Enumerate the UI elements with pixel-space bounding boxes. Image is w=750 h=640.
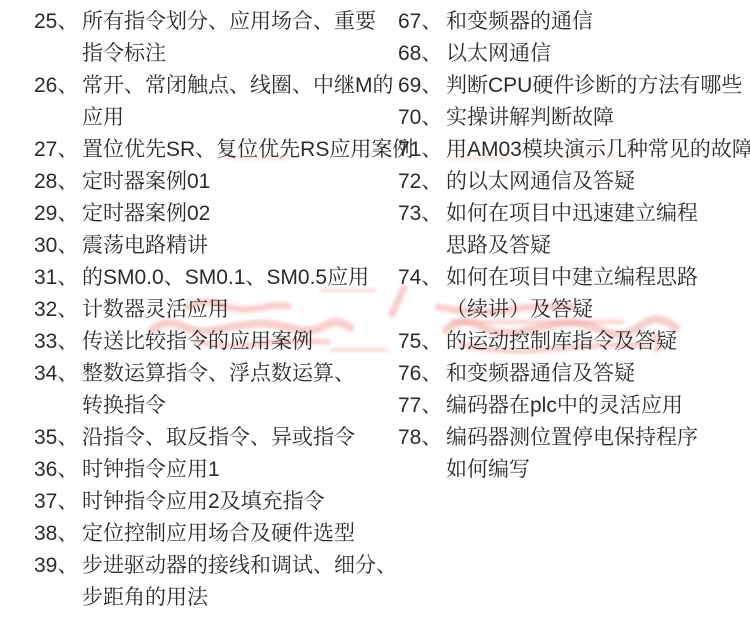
item-text: 震荡电路精讲 <box>82 230 392 262</box>
item-number: 73、 <box>398 198 446 230</box>
item-text: 计数器灵活应用 <box>82 294 392 326</box>
item-text-line: 判断CPU硬件诊断的方法有哪些 <box>446 70 748 102</box>
item-text-line: 和变频器通信及答疑 <box>446 358 748 390</box>
list-item: 78、编码器测位置停电保持程序如何编写 <box>398 422 748 486</box>
list-item: 68、以太网通信 <box>398 38 748 70</box>
item-number: 71、 <box>398 134 446 166</box>
item-text-line: 定时器案例01 <box>82 166 392 198</box>
item-number: 26、 <box>34 70 82 102</box>
item-text-line: 以太网通信 <box>446 38 748 70</box>
item-number: 68、 <box>398 38 446 70</box>
item-text: 传送比较指令的应用案例 <box>82 326 392 358</box>
item-number: 28、 <box>34 166 82 198</box>
item-number: 29、 <box>34 198 82 230</box>
item-text: 的SM0.0、SM0.1、SM0.5应用 <box>82 262 392 294</box>
item-number: 77、 <box>398 390 446 422</box>
item-text-line: （续讲）及答疑 <box>446 294 748 326</box>
item-text: 编码器测位置停电保持程序如何编写 <box>446 422 748 486</box>
item-text-line: 的运动控制库指令及答疑 <box>446 326 748 358</box>
item-text-line: 用AM03模块演示几种常见的故障 <box>446 134 750 166</box>
item-number: 37、 <box>34 486 82 518</box>
item-text-line: 时钟指令应用2及填充指令 <box>82 486 392 518</box>
item-text-line: 如何在项目中建立编程思路 <box>446 262 748 294</box>
item-text-line: 如何编写 <box>446 454 748 486</box>
item-text: 置位优先SR、复位优先RS应用案例 <box>82 134 413 166</box>
item-text: 定位控制应用场合及硬件选型 <box>82 518 392 550</box>
list-item: 72、的以太网通信及答疑 <box>398 166 748 198</box>
list-item: 73、如何在项目中迅速建立编程思路及答疑 <box>398 198 748 262</box>
item-text-line: 的以太网通信及答疑 <box>446 166 748 198</box>
item-text-line: 步距角的用法 <box>82 582 397 614</box>
item-text: 以太网通信 <box>446 38 748 70</box>
list-item: 28、定时器案例01 <box>34 166 392 198</box>
list-item: 38、定位控制应用场合及硬件选型 <box>34 518 392 550</box>
item-text: 实操讲解判断故障 <box>446 102 748 134</box>
item-text: 所有指令划分、应用场合、重要指令标注 <box>82 6 392 70</box>
item-number: 39、 <box>34 550 82 582</box>
list-item: 31、的SM0.0、SM0.1、SM0.5应用 <box>34 262 392 294</box>
course-outline-page: 25、所有指令划分、应用场合、重要指令标注26、常开、常闭触点、线圈、中继M的应… <box>0 0 750 640</box>
item-number: 30、 <box>34 230 82 262</box>
item-text-line: 定位控制应用场合及硬件选型 <box>82 518 392 550</box>
item-text: 定时器案例02 <box>82 198 392 230</box>
list-item: 29、定时器案例02 <box>34 198 392 230</box>
item-text-line: 的SM0.0、SM0.1、SM0.5应用 <box>82 262 392 294</box>
item-text: 和变频器的通信 <box>446 6 748 38</box>
item-text-line: 和变频器的通信 <box>446 6 748 38</box>
item-text-line: 指令标注 <box>82 38 392 70</box>
list-item: 36、时钟指令应用1 <box>34 454 392 486</box>
list-item: 39、步进驱动器的接线和调试、细分、步距角的用法 <box>34 550 392 614</box>
list-item: 75、的运动控制库指令及答疑 <box>398 326 748 358</box>
list-item: 26、常开、常闭触点、线圈、中继M的应用 <box>34 70 392 134</box>
item-text-line: 如何在项目中迅速建立编程 <box>446 198 748 230</box>
list-item: 25、所有指令划分、应用场合、重要指令标注 <box>34 6 392 70</box>
list-item: 32、计数器灵活应用 <box>34 294 392 326</box>
list-item: 35、沿指令、取反指令、异或指令 <box>34 422 392 454</box>
list-item: 69、判断CPU硬件诊断的方法有哪些 <box>398 70 748 102</box>
list-item: 27、置位优先SR、复位优先RS应用案例 <box>34 134 392 166</box>
item-text-line: 沿指令、取反指令、异或指令 <box>82 422 392 454</box>
list-item: 77、编码器在plc中的灵活应用 <box>398 390 748 422</box>
list-item: 67、和变频器的通信 <box>398 6 748 38</box>
item-number: 38、 <box>34 518 82 550</box>
item-text-line: 定时器案例02 <box>82 198 392 230</box>
course-list-left: 25、所有指令划分、应用场合、重要指令标注26、常开、常闭触点、线圈、中继M的应… <box>34 6 392 614</box>
item-text: 时钟指令应用1 <box>82 454 392 486</box>
item-text: 整数运算指令、浮点数运算、转换指令 <box>82 358 392 422</box>
list-item: 34、整数运算指令、浮点数运算、转换指令 <box>34 358 392 422</box>
item-number: 75、 <box>398 326 446 358</box>
item-text: 和变频器通信及答疑 <box>446 358 748 390</box>
item-text-line: 整数运算指令、浮点数运算、 <box>82 358 392 390</box>
item-text-line: 所有指令划分、应用场合、重要 <box>82 6 392 38</box>
item-number: 34、 <box>34 358 82 390</box>
item-number: 70、 <box>398 102 446 134</box>
item-text-line: 常开、常闭触点、线圈、中继M的 <box>82 70 394 102</box>
item-number: 36、 <box>34 454 82 486</box>
item-text: 沿指令、取反指令、异或指令 <box>82 422 392 454</box>
item-text: 步进驱动器的接线和调试、细分、步距角的用法 <box>82 550 397 614</box>
item-text: 定时器案例01 <box>82 166 392 198</box>
item-number: 72、 <box>398 166 446 198</box>
item-text: 的运动控制库指令及答疑 <box>446 326 748 358</box>
item-text: 如何在项目中迅速建立编程思路及答疑 <box>446 198 748 262</box>
course-list-right: 67、和变频器的通信68、以太网通信69、判断CPU硬件诊断的方法有哪些70、实… <box>398 6 748 486</box>
item-text: 如何在项目中建立编程思路（续讲）及答疑 <box>446 262 748 326</box>
item-text: 时钟指令应用2及填充指令 <box>82 486 392 518</box>
list-item: 70、实操讲解判断故障 <box>398 102 748 134</box>
item-text-line: 步进驱动器的接线和调试、细分、 <box>82 550 397 582</box>
item-text-line: 应用 <box>82 102 394 134</box>
list-item: 37、时钟指令应用2及填充指令 <box>34 486 392 518</box>
item-text-line: 编码器测位置停电保持程序 <box>446 422 748 454</box>
list-item: 30、震荡电路精讲 <box>34 230 392 262</box>
item-text-line: 编码器在plc中的灵活应用 <box>446 390 748 422</box>
item-text-line: 置位优先SR、复位优先RS应用案例 <box>82 134 413 166</box>
item-number: 31、 <box>34 262 82 294</box>
item-text-line: 时钟指令应用1 <box>82 454 392 486</box>
item-number: 76、 <box>398 358 446 390</box>
item-number: 74、 <box>398 262 446 294</box>
list-item: 76、和变频器通信及答疑 <box>398 358 748 390</box>
item-text-line: 实操讲解判断故障 <box>446 102 748 134</box>
item-text-line: 思路及答疑 <box>446 230 748 262</box>
item-number: 25、 <box>34 6 82 38</box>
item-number: 67、 <box>398 6 446 38</box>
item-text-line: 传送比较指令的应用案例 <box>82 326 392 358</box>
item-number: 32、 <box>34 294 82 326</box>
item-text: 的以太网通信及答疑 <box>446 166 748 198</box>
item-text-line: 震荡电路精讲 <box>82 230 392 262</box>
item-text-line: 计数器灵活应用 <box>82 294 392 326</box>
item-number: 27、 <box>34 134 82 166</box>
item-number: 33、 <box>34 326 82 358</box>
item-text: 编码器在plc中的灵活应用 <box>446 390 748 422</box>
item-number: 69、 <box>398 70 446 102</box>
list-item: 74、如何在项目中建立编程思路（续讲）及答疑 <box>398 262 748 326</box>
item-text: 用AM03模块演示几种常见的故障 <box>446 134 750 166</box>
list-item: 71、用AM03模块演示几种常见的故障 <box>398 134 748 166</box>
item-number: 78、 <box>398 422 446 454</box>
item-text: 判断CPU硬件诊断的方法有哪些 <box>446 70 748 102</box>
item-text-line: 转换指令 <box>82 390 392 422</box>
item-number: 35、 <box>34 422 82 454</box>
item-text: 常开、常闭触点、线圈、中继M的应用 <box>82 70 394 134</box>
list-item: 33、传送比较指令的应用案例 <box>34 326 392 358</box>
